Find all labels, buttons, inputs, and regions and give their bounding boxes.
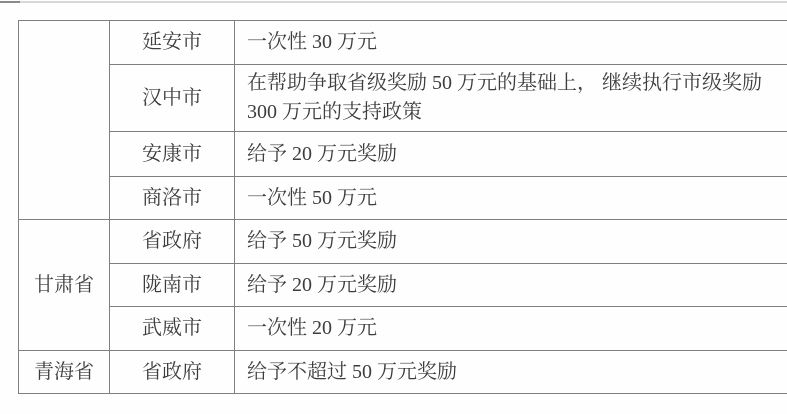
table-row: 陇南市 给予 20 万元奖励 — [19, 264, 787, 307]
reward-cell: 在帮助争取省级奖励 50 万元的基础上， 继续执行市级奖励 300 万元的支持政… — [235, 65, 787, 132]
table-row: 安康市 给予 20 万元奖励 — [19, 132, 787, 177]
reward-cell: 给予 20 万元奖励 — [235, 132, 787, 177]
cropped-row-remnant-left-segment — [0, 1, 20, 3]
city-cell: 延安市 — [110, 21, 235, 65]
table-row: 商洛市 一次性 50 万元 — [19, 177, 787, 220]
reward-cell: 一次性 20 万元 — [235, 307, 787, 351]
city-cell: 省政府 — [110, 220, 235, 264]
reward-cell: 一次性 30 万元 — [235, 21, 787, 65]
reward-cell: 给予 50 万元奖励 — [235, 220, 787, 264]
reward-cell: 一次性 50 万元 — [235, 177, 787, 220]
reward-cell: 给予不超过 50 万元奖励 — [235, 351, 787, 394]
table-row: 汉中市 在帮助争取省级奖励 50 万元的基础上， 继续执行市级奖励 300 万元… — [19, 65, 787, 132]
province-cell: 甘肃省 — [19, 220, 110, 351]
city-cell: 安康市 — [110, 132, 235, 177]
cropped-row-remnant-line — [0, 1, 787, 3]
table-row: 甘肃省 省政府 给予 50 万元奖励 — [19, 220, 787, 264]
city-cell: 陇南市 — [110, 264, 235, 307]
table-row: 青海省 省政府 给予不超过 50 万元奖励 — [19, 351, 787, 394]
city-cell: 省政府 — [110, 351, 235, 394]
table-row: 延安市 一次性 30 万元 — [19, 21, 787, 65]
reward-table-container: 延安市 一次性 30 万元 汉中市 在帮助争取省级奖励 50 万元的基础上， 继… — [18, 20, 787, 394]
city-cell: 武威市 — [110, 307, 235, 351]
province-cell-empty — [19, 21, 110, 220]
table-row: 武威市 一次性 20 万元 — [19, 307, 787, 351]
province-cell: 青海省 — [19, 351, 110, 394]
reward-table: 延安市 一次性 30 万元 汉中市 在帮助争取省级奖励 50 万元的基础上， 继… — [18, 20, 787, 394]
reward-cell: 给予 20 万元奖励 — [235, 264, 787, 307]
city-cell: 汉中市 — [110, 65, 235, 132]
city-cell: 商洛市 — [110, 177, 235, 220]
